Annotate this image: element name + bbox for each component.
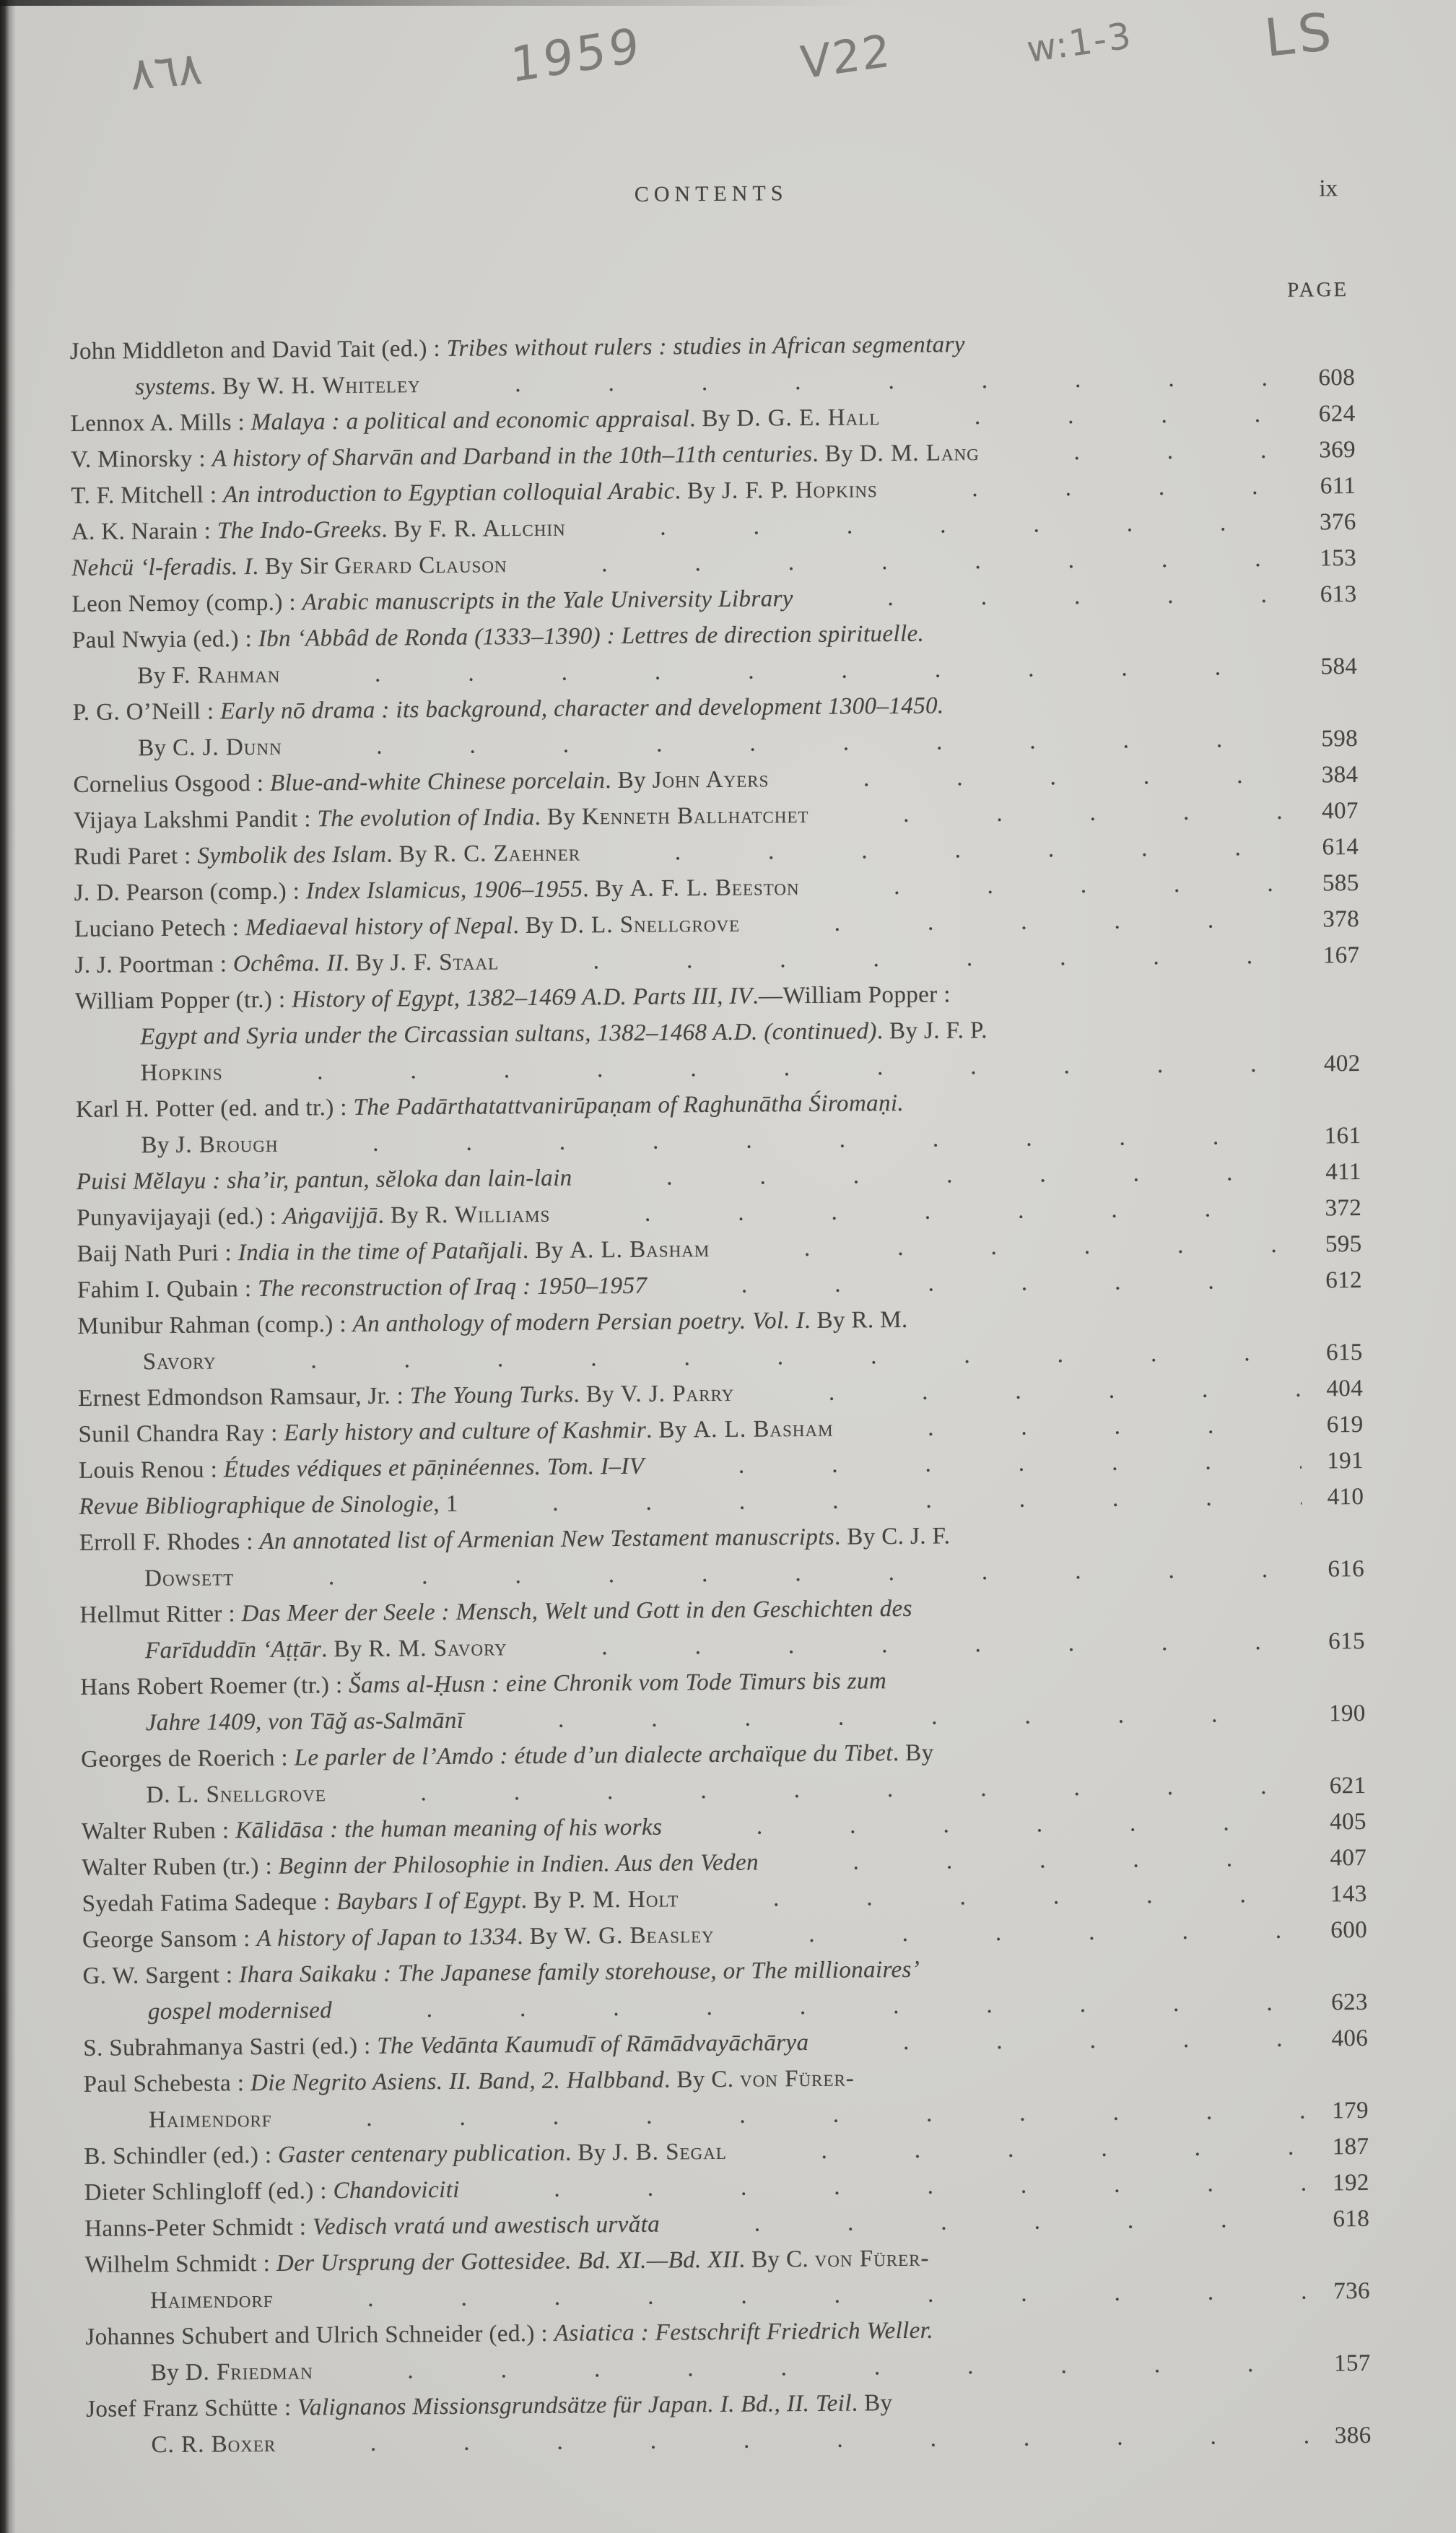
- toc-text: F. R. Allchin: [428, 510, 565, 547]
- toc-text: . By: [605, 762, 653, 799]
- toc-page-number: 611: [1294, 468, 1356, 505]
- toc-text: . By Sir: [252, 548, 334, 585]
- toc-text: Wilhelm Schmidt :: [84, 2246, 276, 2283]
- handwritten-annotation: w:1-3: [1024, 14, 1135, 71]
- toc-text: . By C.: [664, 2061, 740, 2098]
- dot-leader: . . . . . . . . . . . . . . . . . . . . …: [759, 1841, 1305, 1881]
- toc-text: D. L. Snellgrove: [560, 906, 741, 944]
- toc-text: Aṅgavijjā: [283, 1198, 378, 1235]
- toc-text: Dowsett: [144, 1560, 234, 1596]
- toc-text: . By: [583, 871, 630, 908]
- toc-text: The Padārthatattvanirūpaṇam of Raghunāth…: [353, 1085, 904, 1126]
- toc-page-number: 376: [1294, 504, 1356, 541]
- toc-text: . By: [513, 908, 560, 944]
- dot-leader: . . . . . . . . . . . . . . . . . . . . …: [580, 830, 1297, 872]
- toc-text: D. Friedman: [186, 2353, 313, 2390]
- toc-text: D. L. Snellgrove: [146, 1776, 326, 1813]
- toc-text: A. F. L. Beeston: [629, 869, 799, 907]
- toc-page-number: 157: [1309, 2345, 1371, 2382]
- handwritten-annotation: V22: [798, 24, 893, 90]
- toc-page-number: 621: [1304, 1768, 1366, 1804]
- toc-text: B. Schindler (ed.) :: [84, 2137, 278, 2175]
- dot-leader: . . . . . . . . . . . . . . . . . . . . …: [276, 2418, 1309, 2462]
- toc-text: . By: [517, 1919, 564, 1955]
- toc-text: systems: [135, 368, 210, 405]
- toc-text: Dieter Schlingloff (ed.) :: [84, 2173, 334, 2211]
- toc-text: . By: [689, 401, 737, 438]
- contents-title: CONTENTS: [635, 181, 788, 207]
- toc-page-number: 615: [1303, 1623, 1365, 1660]
- toc-page-number: 410: [1302, 1479, 1364, 1516]
- toc-text: Jahre 1409, von Tāǧ as-Salmānī: [146, 1703, 464, 1741]
- toc-text: Savory: [143, 1343, 217, 1380]
- toc-text: W. H. Whiteley: [257, 367, 421, 404]
- toc-entry: Karl H. Potter (ed. and tr.) : The Padār…: [76, 1082, 1361, 1164]
- toc-text: . By: [210, 368, 258, 405]
- dot-leader: . . . . . . . . . . . . . . . . . . . . …: [808, 2021, 1306, 2061]
- toc-text: Das Meer der Seele : Mensch, Welt und Go…: [241, 1591, 912, 1632]
- toc-page-number: 191: [1302, 1443, 1364, 1480]
- toc-text: Erroll F. Rhodes :: [79, 1524, 260, 1561]
- toc-text: Luciano Petech :: [74, 910, 245, 947]
- toc-text: Die Negrito Asiens. II. Band, 2. Halbban…: [250, 2062, 664, 2101]
- toc-page-number: 736: [1308, 2273, 1370, 2310]
- dot-leader: . . . . . . . . . . . . . . . . . . . . …: [877, 469, 1294, 508]
- toc-text: A history of Sharvān and Darband in the …: [212, 436, 812, 477]
- toc-text: Kālidāsa : the human meaning of his work…: [235, 1809, 663, 1849]
- toc-text: . By: [386, 836, 434, 873]
- toc-text: von Fürer-: [740, 2061, 855, 2098]
- toc-text: Hans Robert Roemer (tr.) :: [80, 1667, 349, 1706]
- dot-leader: . . . . . . . . . . . . . . . . . . . . …: [808, 794, 1296, 833]
- toc-text: Sunil Chandra Ray :: [78, 1415, 284, 1453]
- toc-text: Mediaeval history of Nepal: [245, 908, 513, 946]
- toc-text: Ibn ‘Abbâd de Ronda (1333–1390) : Lettre…: [258, 616, 925, 657]
- dot-leader: . . . . . . . . . . . . . . . . . . . . …: [644, 1443, 1302, 1485]
- toc-text: . By R. M.: [804, 1302, 908, 1339]
- toc-text: The Young Turks: [410, 1377, 574, 1415]
- handwritten-annotation: ٨٦٨: [128, 42, 204, 100]
- toc-text: D. M. Lang: [859, 435, 980, 472]
- toc-page-number: 598: [1296, 721, 1358, 757]
- toc-text: A. L. Basham: [693, 1411, 833, 1448]
- toc-text: By: [138, 730, 173, 766]
- toc-text: Beginn der Philosophie in Indien. Aus de…: [279, 1845, 759, 1885]
- dot-leader: . . . . . . . . . . . . . . . . . . . . …: [662, 1804, 1304, 1846]
- toc-page-number: 608: [1293, 360, 1355, 396]
- toc-text: An annotated list of Armenian New Testam…: [259, 1519, 834, 1560]
- toc-entry: Paul Schebesta : Die Negrito Asiens. II.…: [83, 2056, 1369, 2139]
- toc-text: Vijaya Lakshmi Pandit :: [74, 801, 318, 839]
- toc-text: V. Minorsky :: [71, 440, 212, 478]
- toc-text: G. W. Sargent :: [82, 1957, 239, 1994]
- toc-entry: Paul Nwyia (ed.) : Ibn ‘Abbâd de Ronda (…: [72, 612, 1358, 695]
- dot-leader: . . . . . . . . . . . . . . . . . . . . …: [980, 433, 1294, 471]
- toc-text: Hanns-Peter Schmidt :: [84, 2209, 313, 2246]
- toc-text: J. F. Staal: [390, 944, 499, 981]
- toc-page-number: 584: [1295, 648, 1357, 685]
- toc-text: India in the time of Patañjali: [238, 1233, 523, 1271]
- toc-text: Der Ursprung der Gottesidee. Bd. XI.—Bd.…: [276, 2242, 739, 2282]
- toc-page-number: 600: [1305, 1912, 1367, 1949]
- toc-page-number: 372: [1299, 1190, 1361, 1227]
- toc-text: Louis Renou :: [79, 1451, 224, 1489]
- toc-text: . By: [675, 473, 723, 510]
- toc-text: Symbolik des Islam: [197, 837, 386, 874]
- dot-leader: . . . . . . . . . . . . . . . . . . . . …: [740, 902, 1297, 942]
- toc-page-number: 613: [1294, 576, 1356, 613]
- dot-leader: . . . . . . . . . . . . . . . . . . . . …: [460, 2165, 1307, 2208]
- toc-text: . By: [321, 1631, 369, 1668]
- toc-page-number: 167: [1297, 937, 1359, 974]
- toc-entry: John Middleton and David Tait (ed.) : Tr…: [70, 323, 1356, 406]
- dot-leader: . . . . . . . . . . . . . . . . . . . . …: [799, 866, 1296, 905]
- toc-text: .—William Popper :: [752, 976, 951, 1014]
- toc-text: Puisi Mĕlayu : sha’ir, pantun, sĕloka da…: [77, 1160, 572, 1200]
- dot-leader: . . . . . . . . . . . . . . . . . . . . …: [833, 1407, 1301, 1447]
- toc-page-number: 615: [1301, 1334, 1363, 1371]
- toc-text: , 1: [433, 1486, 458, 1522]
- toc-text: P. G. O’Neill :: [73, 693, 221, 731]
- toc-text: . By: [378, 1197, 426, 1234]
- toc-text: Blue-and-white Chinese porcelain: [270, 762, 606, 801]
- dot-leader: . . . . . . . . . . . . . . . . . . . . …: [507, 1624, 1303, 1667]
- toc-text: Josef Franz Schütte :: [86, 2390, 297, 2428]
- toc-text: Ihara Saikaku : The Japanese family stor…: [239, 1952, 920, 1993]
- dot-leader: . . . . . . . . . . . . . . . . . . . . …: [727, 2129, 1307, 2170]
- toc-text: Paul Schebesta :: [83, 2065, 250, 2103]
- dot-leader: . . . . . . . . . . . . . . . . . . . . …: [565, 505, 1294, 547]
- toc-text: W. G. Beasley: [564, 1917, 715, 1955]
- toc-text: . By: [520, 1882, 568, 1919]
- toc-page-number: 161: [1299, 1118, 1361, 1155]
- toc-text: Early nō drama : its background, charact…: [220, 687, 944, 729]
- toc-entry: Munibur Rahman (comp.) : An anthology of…: [77, 1298, 1363, 1381]
- toc-text: . By: [343, 945, 391, 982]
- dot-leader: . . . . . . . . . . . . . . . . . . . . …: [499, 938, 1298, 981]
- toc-page-number: 384: [1296, 757, 1358, 794]
- toc-entry: Johannes Schubert and Ulrich Schneider (…: [85, 2309, 1371, 2391]
- handwritten-annotation: 1959: [509, 17, 643, 93]
- toc-page-number: 386: [1309, 2417, 1371, 2454]
- toc-text: Hopkins: [140, 1054, 222, 1091]
- toc-text: John Middleton and David Tait (ed.) :: [70, 331, 447, 370]
- handwritten-annotations: ٨٦٨1959V22w:1-3LS: [0, 0, 1456, 188]
- toc-text: Cornelius Osgood :: [73, 765, 270, 803]
- toc-text: Vedisch vratá und awestisch urvǎta: [313, 2207, 660, 2246]
- toc-text: Johannes Schubert and Ulrich Schneider (…: [85, 2316, 554, 2355]
- dot-leader: . . . . . . . . . . . . . . . . . . . . …: [458, 1480, 1302, 1522]
- toc-page-number: 595: [1299, 1226, 1361, 1263]
- toc-text: Walter Ruben :: [82, 1812, 236, 1850]
- toc-text: An introduction to Egyptian colloquial A…: [223, 473, 675, 513]
- toc-text: Haimendorf: [149, 2101, 272, 2138]
- toc-text: Šams al-Ḥusn : eine Chronik vom Tode Tim…: [349, 1663, 886, 1703]
- toc-text: Haimendorf: [150, 2282, 274, 2319]
- toc-text: Valignanos Missionsgrundsätze für Japan.…: [297, 2386, 852, 2426]
- dot-leader: . . . . . . . . . . . . . . . . . . . . …: [679, 1877, 1305, 1918]
- dot-leader: . . . . . . . . . . . . . . . . . . . . …: [463, 1696, 1304, 1739]
- toc-text: Punyavijayaji (ed.) :: [77, 1199, 283, 1236]
- toc-page-number: 407: [1296, 793, 1359, 830]
- toc-page-number: 612: [1300, 1262, 1362, 1299]
- dot-leader: . . . . . . . . . . . . . . . . . . . . …: [660, 2202, 1307, 2243]
- toc-text: J. B. Segal: [612, 2134, 727, 2171]
- dot-leader: . . . . . . . . . . . . . . . . . . . . …: [710, 1227, 1300, 1267]
- toc-page-number: 187: [1307, 2129, 1369, 2165]
- toc-text: Kenneth Ballhatchet: [582, 797, 809, 835]
- toc-page-number: 619: [1301, 1407, 1363, 1443]
- toc-page-number: 153: [1294, 540, 1356, 577]
- toc-text: J. J. Poortman :: [74, 946, 233, 983]
- toc-text: Egypt and Syria under the Circassian sul…: [140, 1013, 877, 1055]
- toc-text: Chandoviciti: [333, 2172, 460, 2209]
- toc-entry: Hellmut Ritter : Das Meer der Seele : Me…: [79, 1587, 1365, 1669]
- toc-text: Leon Nemoy (comp.) :: [71, 584, 302, 622]
- page-content: CONTENTS ix PAGE John Middleton and Davi…: [69, 177, 1372, 2464]
- toc-text: Walter Ruben (tr.) :: [82, 1848, 279, 1886]
- dot-leader: . . . . . . . . . . . . . . . . . . . . …: [880, 396, 1294, 435]
- toc-page-number: 190: [1303, 1695, 1365, 1732]
- toc-entry: William Popper (tr.) : History of Egypt,…: [75, 973, 1361, 1092]
- toc-text: von Fürer-: [815, 2241, 930, 2277]
- page-scan: ٨٦٨1959V22w:1-3LS CONTENTS ix PAGE John …: [0, 0, 1456, 2533]
- toc-text: . By: [523, 1233, 570, 1269]
- toc-text: History of Egypt, 1382–1469 A.D. Parts I…: [292, 978, 753, 1018]
- toc-text: Gaster centenary publication: [278, 2135, 565, 2173]
- toc-text: An anthology of modern Persian poetry. V…: [352, 1303, 804, 1342]
- toc-page-number: 402: [1298, 1046, 1360, 1082]
- toc-page-number: 624: [1293, 396, 1355, 433]
- toc-text: T. F. Mitchell :: [71, 477, 223, 514]
- toc-text: S. Subrahmanya Sastri (ed.) :: [83, 2028, 377, 2067]
- toc-text: William Popper (tr.) :: [75, 982, 292, 1020]
- toc-page-number: 618: [1307, 2201, 1369, 2238]
- toc-page-number: 616: [1302, 1551, 1364, 1588]
- toc-text: By: [137, 658, 172, 694]
- toc-text: R. C. Zaehner: [433, 835, 580, 872]
- toc-text: J. D. Pearson (comp.) :: [74, 873, 307, 911]
- toc-page-number: 411: [1299, 1154, 1361, 1191]
- toc-text: Munibur Rahman (comp.) :: [77, 1306, 353, 1344]
- toc-text: Malaya : a political and economic apprai…: [251, 401, 690, 440]
- toc-text: . By: [852, 2385, 893, 2421]
- toc-text: . By: [573, 1376, 621, 1413]
- dot-leader: . . . . . . . . . . . . . . . . . . . . …: [714, 1913, 1305, 1953]
- toc-text: Gerard Clauson: [334, 547, 507, 584]
- toc-text: Le parler de l’Amdo : étude d’un dialect…: [294, 1735, 893, 1776]
- toc-text: Baybars I of Egypt: [336, 1882, 521, 1920]
- toc-text: Paul Nwyia (ed.) :: [72, 621, 258, 659]
- toc-entry: Josef Franz Schütte : Valignanos Mission…: [86, 2381, 1372, 2464]
- toc-text: . By: [646, 1412, 694, 1448]
- dot-leader: . . . . . . . . . . . . . . . . . . . . …: [793, 577, 1295, 617]
- toc-text: . By: [565, 2134, 613, 2171]
- toc-text: . By: [534, 799, 582, 835]
- dot-leader: . . . . . . . . . . . . . . . . . . . . …: [769, 757, 1296, 798]
- toc-text: . By: [381, 511, 429, 548]
- toc-page-number: 405: [1304, 1804, 1366, 1841]
- toc-page-number: 614: [1296, 829, 1359, 866]
- toc-text: . By J. F. P.: [877, 1012, 988, 1049]
- toc-text: The Vedānta Kaumudī of Rāmādvayāchārya: [377, 2025, 808, 2064]
- toc-page-number: 404: [1301, 1370, 1363, 1407]
- toc-page-number: 192: [1307, 2165, 1369, 2202]
- toc-page-number: 369: [1294, 432, 1356, 469]
- toc-text: George Sansom :: [82, 1921, 257, 1958]
- toc-text: John Ayers: [652, 761, 769, 798]
- dot-leader: . . . . . . . . . . . . . . . . . . . . …: [507, 541, 1294, 583]
- dot-leader: . . . . . . . . . . . . . . . . . . . . …: [550, 1191, 1299, 1233]
- toc-text: J. Brough: [175, 1126, 279, 1163]
- toc-entry: Georges de Roerich : Le parler de l’Amdo…: [81, 1732, 1366, 1814]
- toc-text: Syedah Fatima Sadeque :: [82, 1884, 337, 1922]
- toc-text: C. J. Dunn: [173, 729, 282, 766]
- toc-text: Early history and culture of Kashmir: [284, 1412, 646, 1451]
- toc-text: Baij Nath Puri :: [77, 1235, 238, 1272]
- toc-text: V. J. Parry: [621, 1376, 735, 1412]
- toc-text: A. K. Narain :: [71, 513, 218, 550]
- toc-text: F. Rahman: [172, 657, 281, 694]
- toc-text: Georges de Roerich :: [81, 1740, 295, 1778]
- toc-text: Ochêma. II: [233, 945, 344, 982]
- toc-text: A. L. Basham: [570, 1231, 710, 1269]
- toc-page-number: 179: [1307, 2093, 1369, 2129]
- toc-page-number: 623: [1306, 1984, 1368, 2021]
- toc-text: The evolution of India: [317, 799, 535, 837]
- page-column-label: PAGE: [69, 278, 1354, 312]
- toc-text: . By: [812, 435, 860, 472]
- toc-entry: Erroll F. Rhodes : An annotated list of …: [79, 1515, 1365, 1597]
- toc-text: J. F. P. Hopkins: [722, 472, 878, 509]
- dot-leader: . . . . . . . . . . . . . . . . . . . . …: [647, 1263, 1300, 1304]
- toc-page-number: 143: [1304, 1876, 1366, 1913]
- toc-page-number: 406: [1306, 2020, 1368, 2057]
- toc-text: R. Williams: [425, 1196, 551, 1233]
- toc-text: Rudi Paret :: [74, 838, 197, 875]
- dot-leader: . . . . . . . . . . . . . . . . . . . . …: [734, 1371, 1301, 1412]
- toc-page-number: 378: [1297, 901, 1359, 938]
- toc-entry: Hans Robert Roemer (tr.) : Šams al-Ḥusn …: [80, 1659, 1366, 1742]
- toc-entry: G. W. Sargent : Ihara Saikaku : The Japa…: [82, 1948, 1368, 2030]
- toc-text: Revue Bibliographique de Sinologie: [79, 1486, 433, 1525]
- dot-leader: . . . . . . . . . . . . . . . . . . . . …: [572, 1155, 1299, 1196]
- toc-text: Farīduddīn ‘Aṭṭār: [145, 1631, 322, 1669]
- toc-entry: P. G. O’Neill : Early nō drama : its bac…: [73, 685, 1359, 767]
- toc-text: Nehcü ‘l-feradis. I: [71, 549, 253, 586]
- toc-text: Lennox A. Mills :: [70, 404, 251, 442]
- folio-number: ix: [1319, 175, 1338, 202]
- toc-text: R. M. Savory: [368, 1630, 507, 1667]
- toc-text: Ernest Edmondson Ramsaur, Jr. :: [78, 1378, 410, 1417]
- scan-left-edge-shadow: [0, 0, 16, 2533]
- toc-text: The Indo-Greeks: [217, 512, 382, 549]
- toc-text: A history of Japan to 1334: [256, 1919, 517, 1957]
- toc-page-number: 407: [1304, 1840, 1366, 1877]
- toc-page-number: 585: [1296, 865, 1359, 902]
- toc-text: . By: [893, 1735, 934, 1771]
- toc-text: Arabic manuscripts in the Yale Universit…: [302, 581, 793, 620]
- toc-text: Fahim I. Qubain :: [77, 1271, 258, 1308]
- toc-text: Asiatica : Festschrift Friedrich Weller.: [554, 2313, 933, 2352]
- toc-text: gospel modernised: [148, 1992, 333, 2030]
- toc-text: Karl H. Potter (ed. and tr.) :: [76, 1090, 354, 1128]
- toc-text: . By C. J. F.: [834, 1518, 951, 1555]
- toc-entry: Wilhelm Schmidt : Der Ursprung der Gotte…: [84, 2237, 1370, 2319]
- toc-text: Index Islamicus, 1906–1955: [306, 871, 583, 909]
- toc-text: . By C.: [739, 2241, 815, 2278]
- toc-text: By: [151, 2355, 186, 2391]
- toc-text: P. M. Holt: [568, 1881, 679, 1918]
- toc-text: D. G. E. Hall: [736, 399, 880, 437]
- toc-list: John Middleton and David Tait (ed.) : Tr…: [70, 323, 1372, 2464]
- toc-text: Études védiques et pāṇinéennes. Tom. I–I…: [224, 1448, 645, 1488]
- toc-text: By: [141, 1127, 175, 1163]
- toc-text: Tribes without rulers : studies in Afric…: [446, 326, 965, 367]
- toc-text: The reconstruction of Iraq : 1950–1957: [258, 1268, 648, 1307]
- handwritten-annotation: LS: [1262, 1, 1338, 69]
- toc-text: C. R. Boxer: [151, 2426, 276, 2463]
- toc-text: Hellmut Ritter :: [79, 1596, 241, 1633]
